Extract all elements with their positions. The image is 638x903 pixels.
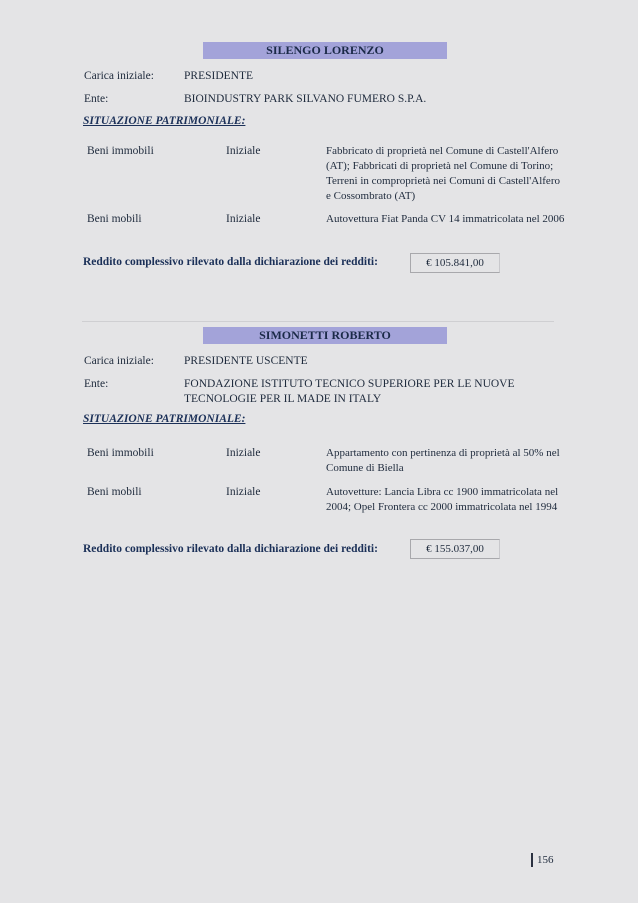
person-name-header: SILENGO LORENZO <box>203 42 447 59</box>
ente-label: Ente: <box>84 377 108 392</box>
income-value-box: € 105.841,00 <box>410 253 500 273</box>
ente-value: FONDAZIONE ISTITUTO TECNICO SUPERIORE PE… <box>184 377 529 407</box>
asset-description: Fabbricato di proprietà nel Comune di Ca… <box>326 144 566 204</box>
income-value-box: € 155.037,00 <box>410 539 500 559</box>
asset-type: Beni immobili <box>87 144 154 159</box>
carica-label: Carica iniziale: <box>84 69 154 84</box>
asset-description: Appartamento con pertinenza di proprietà… <box>326 446 566 476</box>
income-label: Reddito complessivo rilevato dalla dichi… <box>83 543 378 555</box>
ente-label: Ente: <box>84 92 108 107</box>
income-label: Reddito complessivo rilevato dalla dichi… <box>83 256 378 268</box>
asset-description: Autovettura Fiat Panda CV 14 immatricola… <box>326 212 566 227</box>
person-name-header: SIMONETTI ROBERTO <box>203 327 447 344</box>
carica-value: PRESIDENTE <box>184 69 253 84</box>
asset-type: Beni mobili <box>87 485 142 500</box>
asset-description: Autovetture: Lancia Libra cc 1900 immatr… <box>326 485 566 515</box>
record-separator <box>82 321 554 322</box>
asset-status: Iniziale <box>226 144 260 159</box>
asset-status: Iniziale <box>226 446 260 461</box>
carica-value: PRESIDENTE USCENTE <box>184 354 308 369</box>
asset-status: Iniziale <box>226 212 260 227</box>
asset-status: Iniziale <box>226 485 260 500</box>
carica-label: Carica iniziale: <box>84 354 154 369</box>
page-number: 156 <box>531 853 554 867</box>
asset-type: Beni mobili <box>87 212 142 227</box>
asset-type: Beni immobili <box>87 446 154 461</box>
section-title: SITUAZIONE PATRIMONIALE: <box>83 115 245 127</box>
document-page: SILENGO LORENZO Carica iniziale: PRESIDE… <box>0 0 638 903</box>
section-title: SITUAZIONE PATRIMONIALE: <box>83 413 245 425</box>
ente-value: BIOINDUSTRY PARK SILVANO FUMERO S.P.A. <box>184 92 564 107</box>
